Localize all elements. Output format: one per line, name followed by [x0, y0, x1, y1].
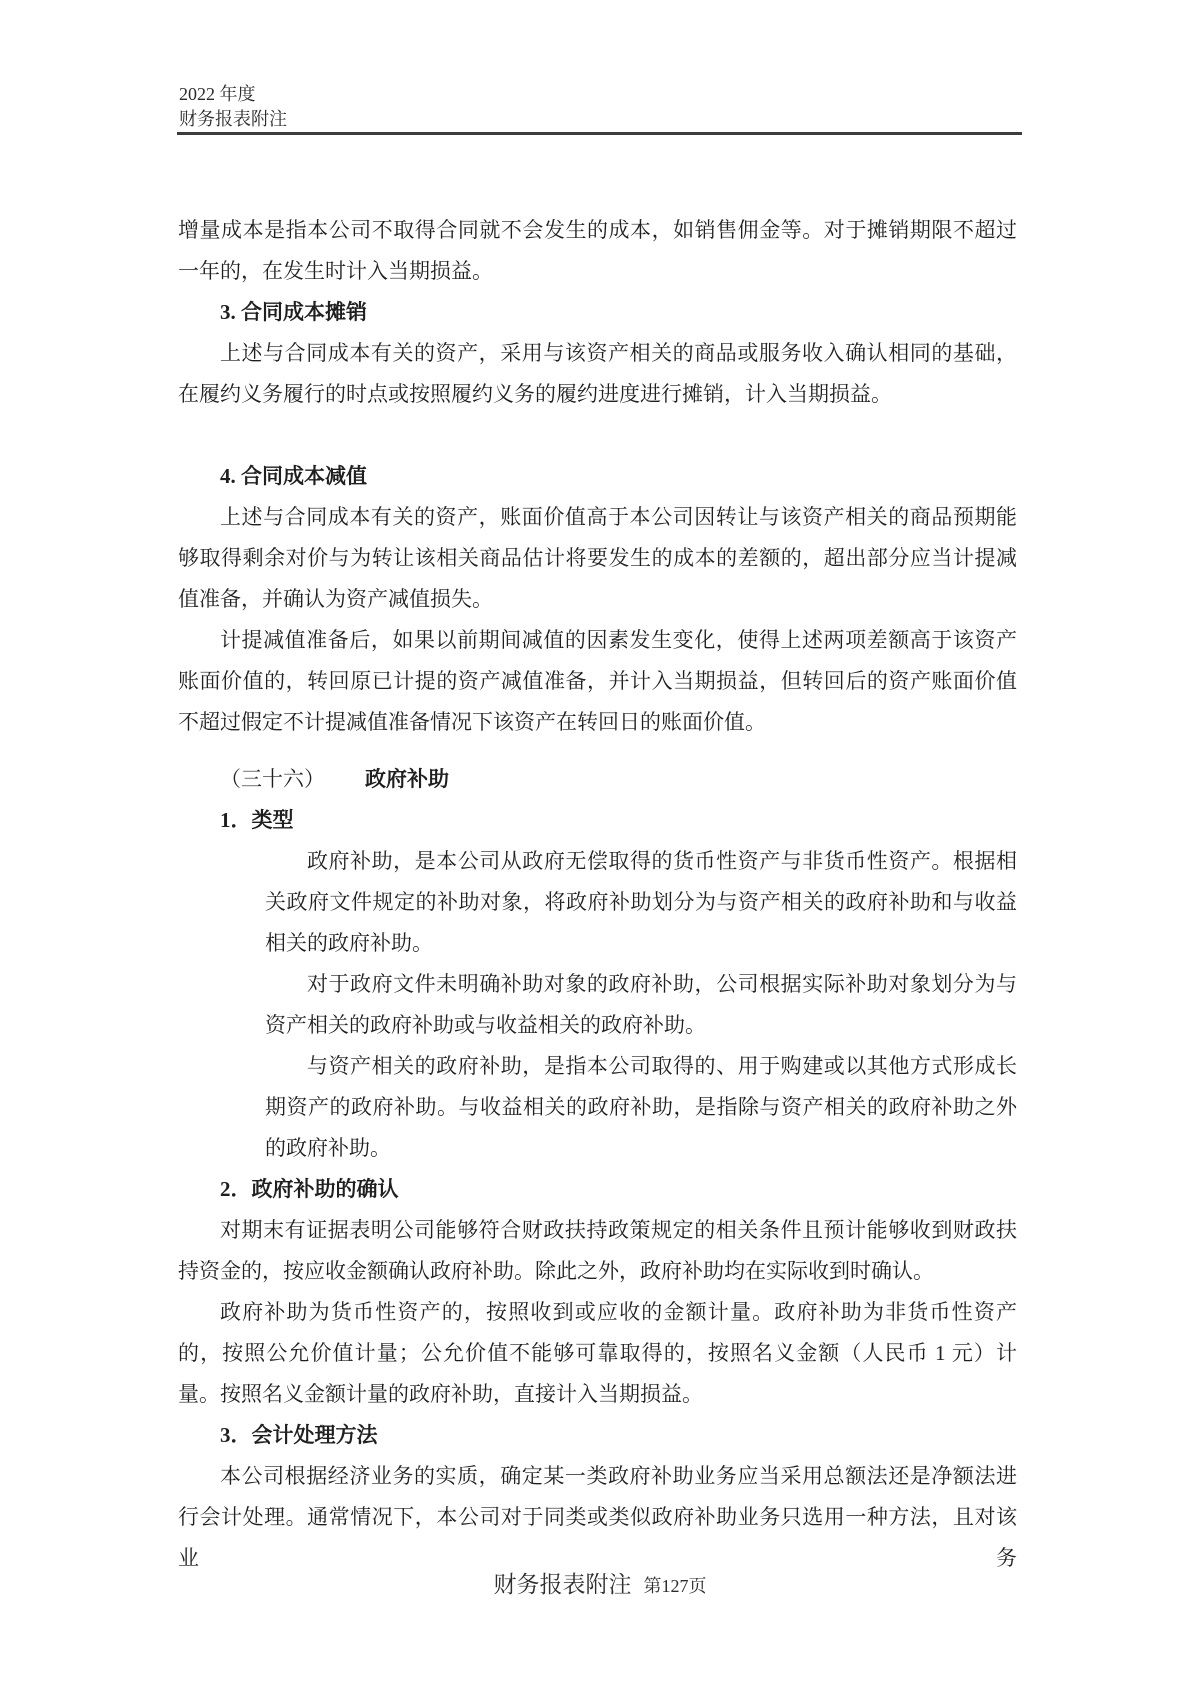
page-header: 2022 年度 财务报表附注	[179, 82, 287, 132]
heading-contract-cost-impairment: 4. 合同成本减值	[178, 456, 1017, 497]
paragraph-grant-types-2: 对于政府文件未明确补助对象的政府补助，公司根据实际补助对象划分为与资产相关的政府…	[265, 964, 1017, 1046]
footer-doc-title: 财务报表附注	[494, 1572, 632, 1597]
paragraph-grant-types-1: 政府补助，是本公司从政府无偿取得的货币性资产与非货币性资产。根据相关政府文件规定…	[265, 841, 1017, 964]
page-footer: 财务报表附注第127页	[0, 1566, 1200, 1599]
blank-line	[178, 415, 1017, 456]
document-body: 增量成本是指本公司不取得合同就不会发生的成本，如销售佣金等。对于摊销期限不超过一…	[178, 210, 1017, 1579]
paragraph-impairment-2: 计提减值准备后，如果以前期间减值的因素发生变化，使得上述两项差额高于该资产账面价…	[178, 620, 1017, 743]
paragraph-incremental-cost: 增量成本是指本公司不取得合同就不会发生的成本，如销售佣金等。对于摊销期限不超过一…	[178, 210, 1017, 292]
paragraph-grant-recognition-2: 政府补助为货币性资产的，按照收到或应收的金额计量。政府补助为非货币性资产的，按照…	[178, 1292, 1017, 1415]
document-page: 2022 年度 财务报表附注 增量成本是指本公司不取得合同就不会发生的成本，如销…	[0, 0, 1200, 1699]
paragraph-grant-types-3: 与资产相关的政府补助，是指本公司取得的、用于购建或以其他方式形成长期资产的政府补…	[265, 1046, 1017, 1169]
paragraph-impairment-1: 上述与合同成本有关的资产，账面价值高于本公司因转让与该资产相关的商品预期能够取得…	[178, 497, 1017, 620]
footer-page-number: 第127页	[644, 1576, 707, 1596]
heading-grant-types: 1．类型	[178, 800, 1017, 841]
section-heading-36: （三十六）政府补助	[178, 759, 1017, 800]
header-divider	[177, 132, 1022, 135]
heading-grant-recognition: 2．政府补助的确认	[178, 1169, 1017, 1210]
heading-contract-cost-amortization: 3. 合同成本摊销	[178, 292, 1017, 333]
paragraph-accounting-method: 本公司根据经济业务的实质，确定某一类政府补助业务应当采用总额法还是净额法进行会计…	[178, 1456, 1017, 1579]
heading-accounting-method: 3．会计处理方法	[178, 1415, 1017, 1456]
paragraph-amortization: 上述与合同成本有关的资产，采用与该资产相关的商品或服务收入确认相同的基础，在履约…	[178, 333, 1017, 415]
paragraph-grant-recognition-1: 对期末有证据表明公司能够符合财政扶持政策规定的相关条件且预计能够收到财政扶持资金…	[178, 1210, 1017, 1292]
section-number: （三十六）	[220, 767, 325, 791]
section-title-government-grants: 政府补助	[365, 767, 449, 791]
header-year: 2022 年度	[179, 82, 287, 107]
header-doc-title: 财务报表附注	[179, 107, 287, 132]
